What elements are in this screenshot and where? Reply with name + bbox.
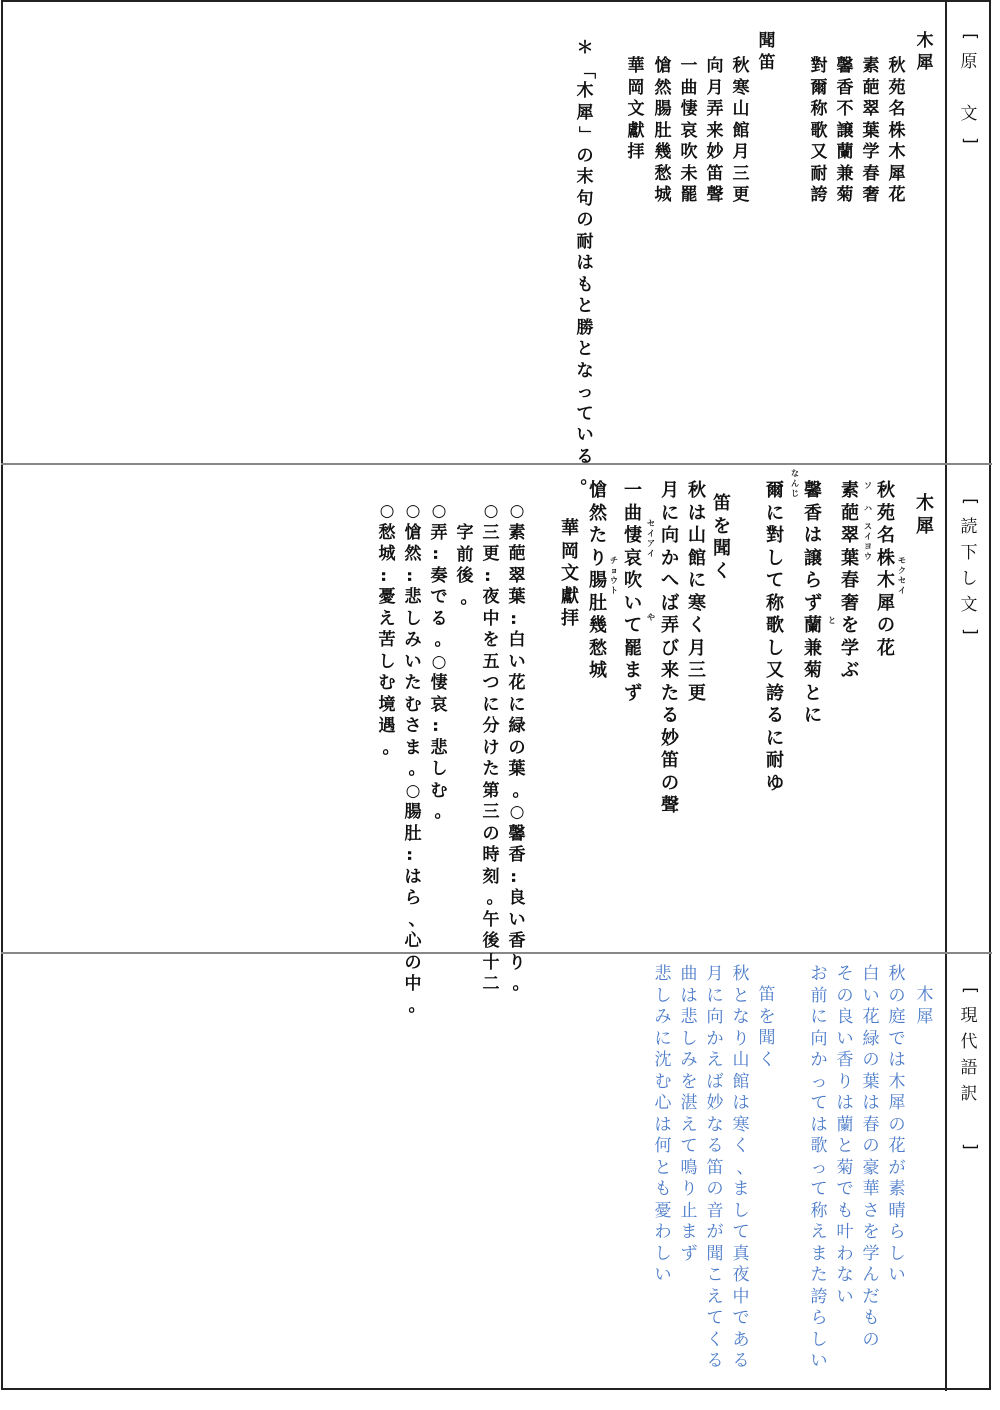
glossary-note: ○弄‥奏でる。○悽哀‥悲しむ。: [427, 503, 451, 826]
poem-line: 秋寒山館月三更: [730, 58, 752, 209]
glossary-note: ○愴然‥悲しみいたむさま。○腸肚‥はら、心の中。: [401, 503, 425, 1019]
section-label-modern: [現代語訳]: [956, 982, 982, 1164]
kundoku-line: 馨香は譲らず蘭兼菊とに: [801, 482, 825, 730]
kundoku-line: 秋は山館に寒く月三更: [685, 482, 709, 707]
poem-title-bunteki: 聞笛: [756, 33, 778, 76]
kundoku-line: 素葩翠葉春奢を学ぶ: [838, 482, 862, 685]
kundoku-line: 愴然たり腸肚幾愁城: [586, 482, 610, 685]
section-label-kundoku: [読下し文]: [956, 493, 982, 649]
kundoku-line: 一曲悽哀吹いて罷まず: [621, 482, 645, 707]
poem-line: 對爾称歌又耐誇: [808, 58, 830, 209]
glossary-note: ○愁城‥憂え苦しむ境遇。: [375, 503, 399, 761]
poem-title-mokusei: 木犀: [914, 33, 936, 76]
glossary-note-continued: 字前後。: [453, 525, 477, 611]
poem-line: 愴然腸肚幾愁城: [652, 58, 674, 209]
section-original-text: [原文] 木犀 秋苑名株木犀花 素葩翠葉学春奢 馨香不譲蘭兼菊 對爾称歌又耐誇 …: [0, 0, 1000, 463]
poem-line: 秋苑名株木犀花: [886, 58, 908, 209]
translation-line: 秋となり山館は寒く、まして真夜中である: [730, 966, 752, 1375]
glossary-note: ○素葩翠葉‥白い花に緑の葉。○馨香‥良い香り。: [505, 503, 529, 998]
section-kundoku: [読下し文] 木犀 秋苑名株木犀の花 素葩翠葉春奢を学ぶ 馨香は譲らず蘭兼菊とに…: [0, 465, 1000, 952]
author-signature: 華岡文獻拝: [625, 58, 647, 166]
kundoku-line: 爾に對して称歌し又誇るに耐ゆ: [763, 482, 787, 797]
poem-line: 馨香不譲蘭兼菊: [834, 58, 856, 209]
ruby-to: と: [826, 617, 838, 627]
translation-title-mokusei: 木犀: [914, 987, 936, 1030]
ruby-nanji: なんじ: [789, 470, 801, 500]
poem-title-mokusei: 木犀: [913, 495, 937, 540]
kundoku-line: 秋苑名株木犀の花: [874, 482, 898, 662]
ruby-ha: ハ: [862, 505, 874, 515]
translation-title-fue-wo-kiku: 笛を聞く: [756, 987, 778, 1073]
ruby-suiyou: スイヨウ: [862, 523, 874, 563]
section-modern-translation: [現代語訳] 木犀 秋の庭では木犀の花が素晴らしい 白い花緑の葉は春の豪華さを学…: [0, 954, 1000, 1391]
translation-line: お前に向かっては歌って称えまた誇らしい: [808, 966, 830, 1375]
translation-line: 悲しみに沈む心は何とも憂わしい: [652, 966, 674, 1289]
footnote: ＊「木犀」の末句の耐はもと勝となっている。: [573, 40, 597, 492]
poem-line: 一曲悽哀吹未罷: [678, 58, 700, 209]
glossary-note: ○三更‥夜中を五つに分けた第三の時刻。午後十二: [479, 503, 503, 998]
translation-line: 曲は悲しみを湛えて鳴り止まず: [678, 966, 700, 1267]
poem-line: 素葩翠葉学春奢: [860, 58, 882, 209]
author-signature: 華岡文獻拝: [558, 520, 582, 633]
section-label-original: [原文]: [956, 28, 982, 158]
ruby-so: ソ: [862, 482, 874, 492]
ruby-mokusei: モクセイ: [896, 557, 908, 597]
poem-line: 向月弄来妙笛聲: [704, 58, 726, 209]
translation-line: その良い香りは蘭と菊でも叶わない: [834, 966, 856, 1310]
translation-line: 月に向かえば妙なる笛の音が聞こえてくる: [704, 966, 726, 1375]
ruby-ya: や: [645, 614, 657, 624]
ruby-chouto: チョウト: [608, 557, 620, 597]
ruby-seiai: セイアイ: [645, 520, 657, 560]
translation-line: 白い花緑の葉は春の豪華さを学んだもの: [860, 966, 882, 1353]
kundoku-line: 月に向かへば弄び来たる妙笛の聲: [658, 482, 682, 820]
translation-line: 秋の庭では木犀の花が素晴らしい: [886, 966, 908, 1289]
poem-title-fue-wo-kiku: 笛を聞く: [710, 495, 734, 585]
